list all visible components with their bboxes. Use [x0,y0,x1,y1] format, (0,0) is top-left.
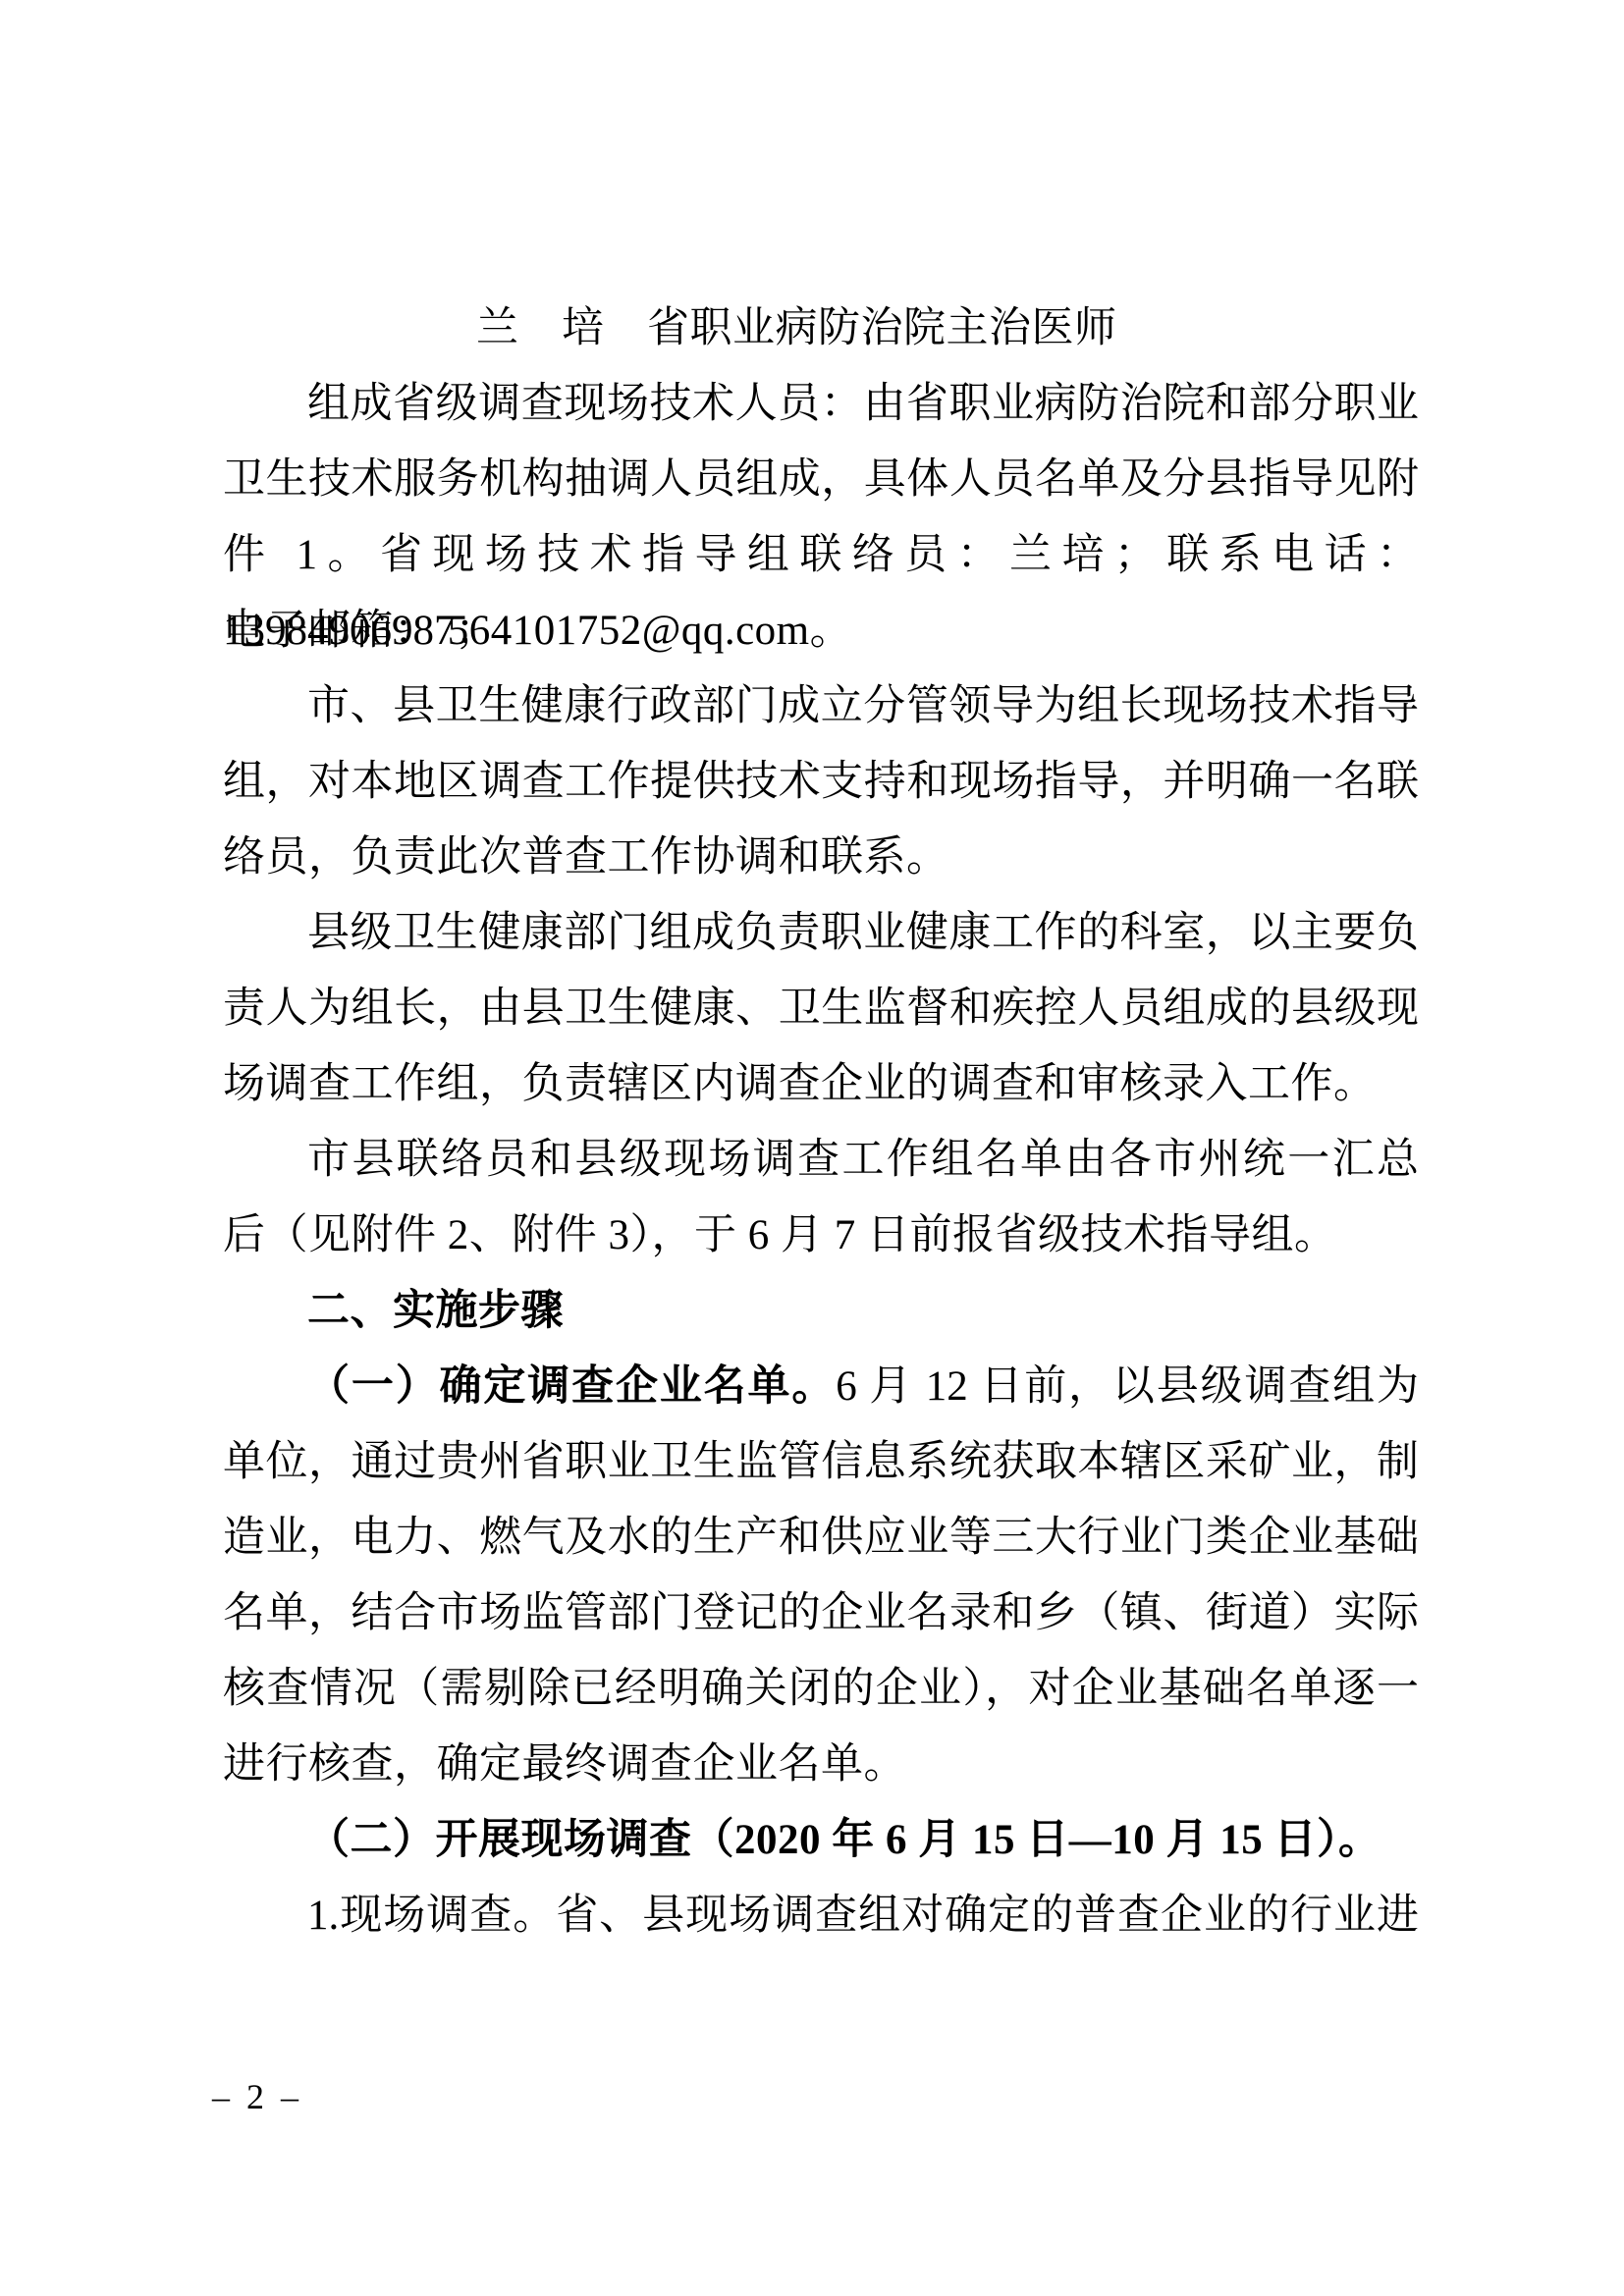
text-segment: 组，对本地区调查工作提供技术支持和现场指导，并明确一名联 [223,759,1419,805]
text-line: 单位，通过贵州省职业卫生监管信息系统获取本辖区采矿业，制 [223,1424,1419,1500]
text-segment: 络员，负责此次普查工作协调和联系。 [223,834,949,881]
text-line: （一）确定调查企业名单。6 月 12 日前，以县级调查组为 [223,1349,1419,1424]
text-segment: 核查情况（需剔除已经明确关闭的企业），对企业基础名单逐一 [223,1666,1419,1712]
text-line: 1.现场调查。省、县现场调查组对确定的普查企业的行业进 [223,1878,1419,1953]
text-line: （二）开展现场调查（2020 年 6 月 15 日—10 月 15 日）。 [223,1802,1419,1878]
text-segment: 组成省级调查现场技术人员：由省职业病防治院和部分职业 [307,381,1419,427]
document-page: 兰 培 省职业病防治院主治医师组成省级调查现场技术人员：由省职业病防治院和部分职… [0,0,1624,2296]
text-segment: 进行核查，确定最终调查企业名单。 [223,1741,906,1788]
text-line: 市、县卫生健康行政部门成立分管领导为组长现场技术指导 [223,668,1419,744]
text-line: 造业，电力、燃气及水的生产和供应业等三大行业门类企业基础 [223,1500,1419,1575]
text-line: 场调查工作组，负责辖区内调查企业的调查和审核录入工作。 [223,1046,1419,1122]
text-line: 兰 培 省职业病防治院主治医师 [223,291,1419,366]
text-line: 件 1。省现场技术指导组联络员：兰培；联系电话：13984906987； [223,517,1419,593]
text-segment: 兰 培 省职业病防治院主治医师 [476,305,1117,351]
text-line: 进行核查，确定最终调查企业名单。 [223,1727,1419,1802]
text-line: 组，对本地区调查工作提供技术支持和现场指导，并明确一名联 [223,744,1419,820]
text-segment: 造业，电力、燃气及水的生产和供应业等三大行业门类企业基础 [223,1515,1419,1561]
text-segment: 名单，结合市场监管部门登记的企业名录和乡（镇、街道）实际 [223,1590,1419,1636]
text-segment: 电子邮箱： 564101752@qq.com。 [223,608,852,654]
text-line: 责人为组长，由县卫生健康、卫生监督和疾控人员组成的县级现 [223,971,1419,1046]
text-line: 市县联络员和县级现场调查工作组名单由各市州统一汇总 [223,1122,1419,1198]
text-segment: （一）确定调查企业名单。 [307,1363,836,1410]
text-segment: （二）开展现场调查（2020 年 6 月 15 日—10 月 15 日）。 [307,1817,1381,1863]
text-segment: 后（见附件 2、附件 3），于 6 月 7 日前报省级技术指导组。 [223,1212,1337,1258]
text-segment: 责人为组长，由县卫生健康、卫生监督和疾控人员组成的县级现 [223,986,1419,1032]
text-segment: 卫生技术服务机构抽调人员组成，具体人员名单及分县指导见附 [223,456,1419,503]
text-segment: 二、实施步骤 [307,1287,564,1334]
text-line: 后（见附件 2、附件 3），于 6 月 7 日前报省级技术指导组。 [223,1198,1419,1273]
text-line: 核查情况（需剔除已经明确关闭的企业），对企业基础名单逐一 [223,1651,1419,1727]
text-line: 县级卫生健康部门组成负责职业健康工作的科室，以主要负 [223,895,1419,971]
text-line: 电子邮箱： 564101752@qq.com。 [223,593,1419,668]
text-segment: 6 月 12 日前，以县级调查组为 [836,1363,1419,1410]
section-heading: 二、实施步骤 [223,1273,1419,1349]
text-line: 卫生技术服务机构抽调人员组成，具体人员名单及分县指导见附 [223,442,1419,517]
page-number: – 2 – [212,2073,302,2120]
text-segment: 单位，通过贵州省职业卫生监管信息系统获取本辖区采矿业，制 [223,1439,1419,1485]
text-segment: 市、县卫生健康行政部门成立分管领导为组长现场技术指导 [307,683,1419,729]
text-segment: 1.现场调查。省、县现场调查组对确定的普查企业的行业进 [307,1893,1419,1939]
text-line: 组成省级调查现场技术人员：由省职业病防治院和部分职业 [223,366,1419,442]
text-segment: 县级卫生健康部门组成负责职业健康工作的科室，以主要负 [307,910,1419,956]
text-line: 络员，负责此次普查工作协调和联系。 [223,820,1419,895]
text-segment: 场调查工作组，负责辖区内调查企业的调查和审核录入工作。 [223,1061,1377,1107]
text-segment: 市县联络员和县级现场调查工作组名单由各市州统一汇总 [307,1137,1419,1183]
text-line: 名单，结合市场监管部门登记的企业名录和乡（镇、街道）实际 [223,1575,1419,1651]
document-body: 兰 培 省职业病防治院主治医师组成省级调查现场技术人员：由省职业病防治院和部分职… [223,291,1419,1953]
